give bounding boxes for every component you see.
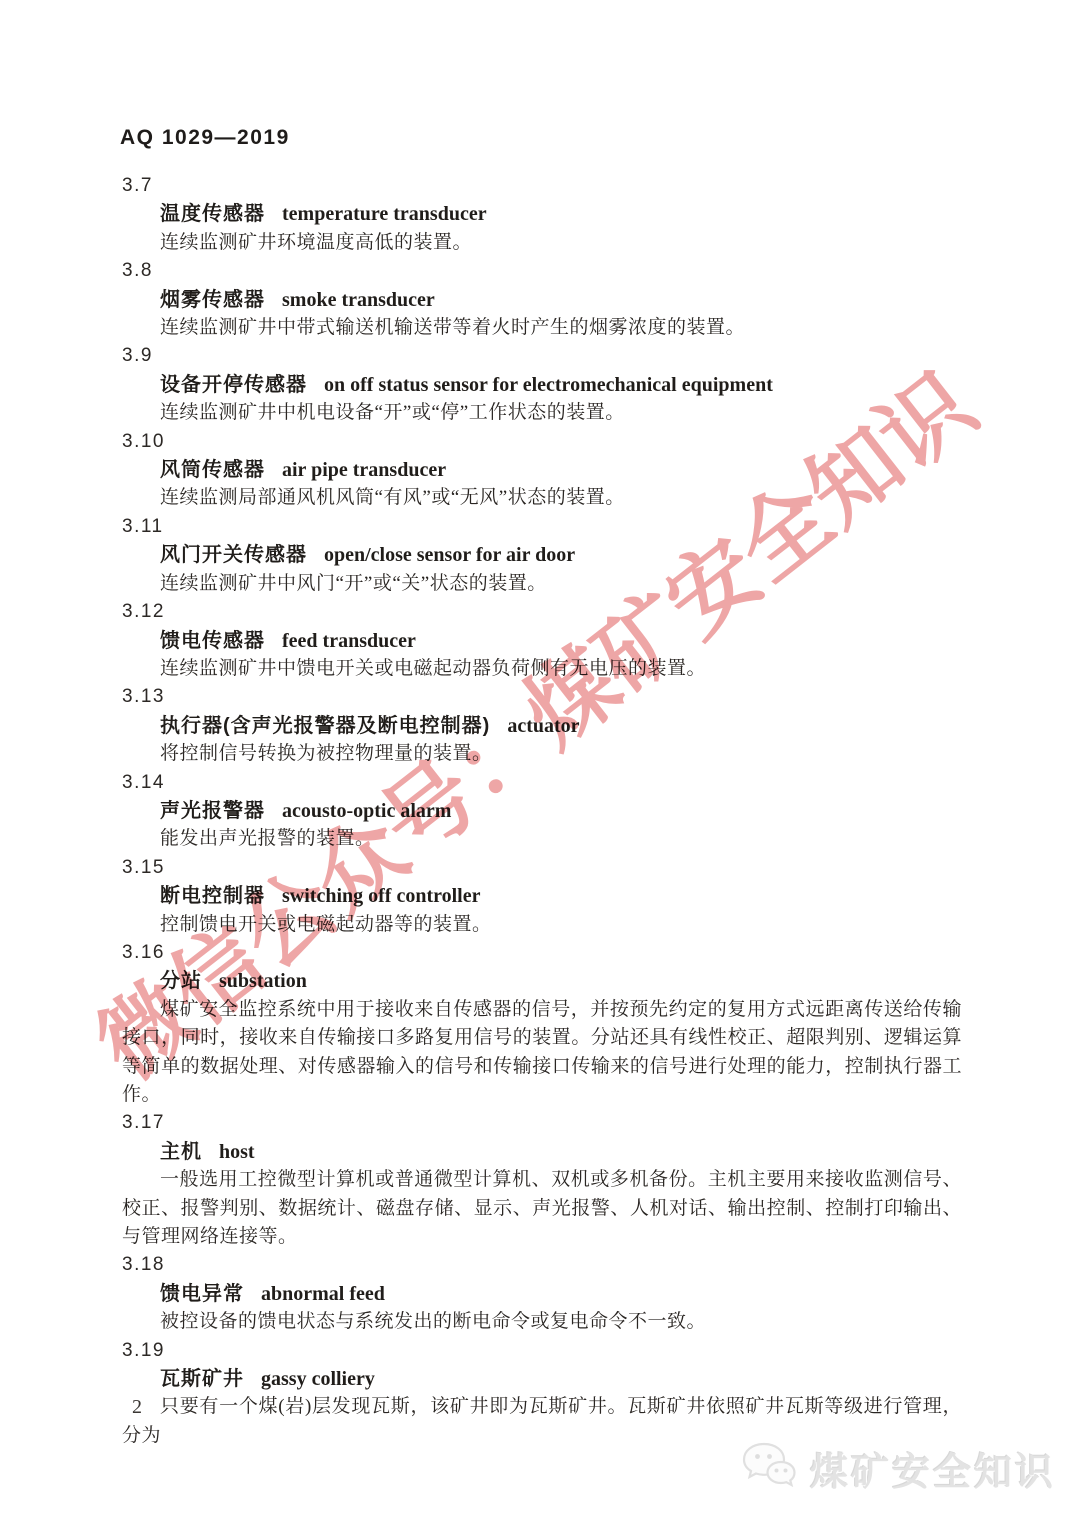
section-number: 3.17 <box>122 1109 962 1137</box>
term-heading: 设备开停传感器on off status sensor for electrom… <box>122 371 962 399</box>
term-heading: 烟雾传感器smoke transducer <box>122 286 962 314</box>
section-3-12: 3.12 馈电传感器feed transducer 连续监测矿井中馈电开关或电磁… <box>122 598 962 683</box>
page-number: 2 <box>132 1396 142 1419</box>
section-3-18: 3.18 馈电异常abnormal feed 被控设备的馈电状态与系统发出的断电… <box>122 1251 962 1336</box>
footer-brand: 煤矿安全知识 <box>740 1440 1056 1497</box>
section-number: 3.11 <box>122 513 962 541</box>
section-number: 3.14 <box>122 769 962 797</box>
footer-brand-text: 煤矿安全知识 <box>810 1441 1056 1496</box>
section-number: 3.7 <box>122 172 962 200</box>
term-english: feed transducer <box>282 630 416 652</box>
standard-code: AQ 1029—2019 <box>120 126 290 150</box>
term-heading: 主机host <box>122 1138 962 1166</box>
section-number: 3.18 <box>122 1251 962 1279</box>
term-english: acousto-optic alarm <box>282 800 451 822</box>
term-english: switching off controller <box>282 885 481 907</box>
section-3-17: 3.17 主机host 一般选用工控微型计算机或普通微型计算机、双机或多机备份。… <box>122 1109 962 1251</box>
section-number: 3.16 <box>122 939 962 967</box>
term-heading: 瓦斯矿井gassy colliery <box>122 1365 962 1393</box>
term-definition: 连续监测矿井中风门“开”或“关”状态的装置。 <box>122 570 962 598</box>
term-definition: 连续监测矿井环境温度高低的装置。 <box>122 229 962 257</box>
term-definition: 连续监测矿井中机电设备“开”或“停”工作状态的装置。 <box>122 399 962 427</box>
term-english: smoke transducer <box>282 289 435 311</box>
section-number: 3.13 <box>122 683 962 711</box>
term-chinese: 烟雾传感器 <box>160 289 265 311</box>
term-chinese: 馈电异常 <box>160 1283 244 1305</box>
term-definition: 被控设备的馈电状态与系统发出的断电命令或复电命令不一致。 <box>122 1308 962 1336</box>
section-number: 3.15 <box>122 854 962 882</box>
term-english: open/close sensor for air door <box>324 544 575 566</box>
term-english: host <box>219 1141 255 1163</box>
term-heading: 风筒传感器air pipe transducer <box>122 456 962 484</box>
term-heading: 断电控制器switching off controller <box>122 882 962 910</box>
term-definition: 连续监测局部通风机风筒“有风”或“无风”状态的装置。 <box>122 484 962 512</box>
term-chinese: 主机 <box>160 1141 202 1163</box>
section-number: 3.9 <box>122 342 962 370</box>
term-english: substation <box>219 970 307 992</box>
terminology-sections: 3.7 温度传感器temperature transducer 连续监测矿井环境… <box>122 172 962 1450</box>
term-chinese: 设备开停传感器 <box>160 374 307 396</box>
term-definition: 连续监测矿井中馈电开关或电磁起动器负荷侧有无电压的装置。 <box>122 655 962 683</box>
wechat-chat-bubbles-icon <box>740 1440 798 1497</box>
term-heading: 风门开关传感器open/close sensor for air door <box>122 541 962 569</box>
term-definition: 煤矿安全监控系统中用于接收来自传感器的信号，并按预先约定的复用方式远距离传送给传… <box>122 996 962 1110</box>
term-chinese: 执行器(含声光报警器及断电控制器) <box>160 715 490 737</box>
term-heading: 执行器(含声光报警器及断电控制器)actuator <box>122 712 962 740</box>
section-number: 3.19 <box>122 1337 962 1365</box>
term-definition: 控制馈电开关或电磁起动器等的装置。 <box>122 911 962 939</box>
section-3-9: 3.9 设备开停传感器on off status sensor for elec… <box>122 342 962 427</box>
section-3-14: 3.14 声光报警器acousto-optic alarm 能发出声光报警的装置… <box>122 769 962 854</box>
term-chinese: 声光报警器 <box>160 800 265 822</box>
section-3-7: 3.7 温度传感器temperature transducer 连续监测矿井环境… <box>122 172 962 257</box>
section-3-11: 3.11 风门开关传感器open/close sensor for air do… <box>122 513 962 598</box>
section-number: 3.10 <box>122 428 962 456</box>
section-3-15: 3.15 断电控制器switching off controller 控制馈电开… <box>122 854 962 939</box>
term-definition: 将控制信号转换为被控物理量的装置。 <box>122 740 962 768</box>
term-english: on off status sensor for electromechanic… <box>324 374 773 396</box>
term-heading: 分站substation <box>122 967 962 995</box>
term-definition: 能发出声光报警的装置。 <box>122 825 962 853</box>
term-english: abnormal feed <box>261 1283 385 1305</box>
term-chinese: 分站 <box>160 970 202 992</box>
term-english: gassy colliery <box>261 1368 375 1390</box>
term-definition: 一般选用工控微型计算机或普通微型计算机、双机或多机备份。主机主要用来接收监测信号… <box>122 1166 962 1251</box>
term-english: air pipe transducer <box>282 459 446 481</box>
term-heading: 声光报警器acousto-optic alarm <box>122 797 962 825</box>
term-chinese: 风门开关传感器 <box>160 544 307 566</box>
section-3-8: 3.8 烟雾传感器smoke transducer 连续监测矿井中带式输送机输送… <box>122 257 962 342</box>
section-3-16: 3.16 分站substation 煤矿安全监控系统中用于接收来自传感器的信号，… <box>122 939 962 1109</box>
term-chinese: 温度传感器 <box>160 203 265 225</box>
term-heading: 馈电传感器feed transducer <box>122 627 962 655</box>
section-number: 3.12 <box>122 598 962 626</box>
term-definition: 连续监测矿井中带式输送机输送带等着火时产生的烟雾浓度的装置。 <box>122 314 962 342</box>
section-3-19: 3.19 瓦斯矿井gassy colliery 只要有一个煤(岩)层发现瓦斯，该… <box>122 1337 962 1451</box>
section-3-13: 3.13 执行器(含声光报警器及断电控制器)actuator 将控制信号转换为被… <box>122 683 962 768</box>
term-english: temperature transducer <box>282 203 487 225</box>
term-heading: 馈电异常abnormal feed <box>122 1280 962 1308</box>
section-3-10: 3.10 风筒传感器air pipe transducer 连续监测局部通风机风… <box>122 428 962 513</box>
term-chinese: 断电控制器 <box>160 885 265 907</box>
section-number: 3.8 <box>122 257 962 285</box>
term-chinese: 瓦斯矿井 <box>160 1368 244 1390</box>
term-english: actuator <box>507 715 579 737</box>
term-chinese: 馈电传感器 <box>160 630 265 652</box>
term-heading: 温度传感器temperature transducer <box>122 200 962 228</box>
term-chinese: 风筒传感器 <box>160 459 265 481</box>
